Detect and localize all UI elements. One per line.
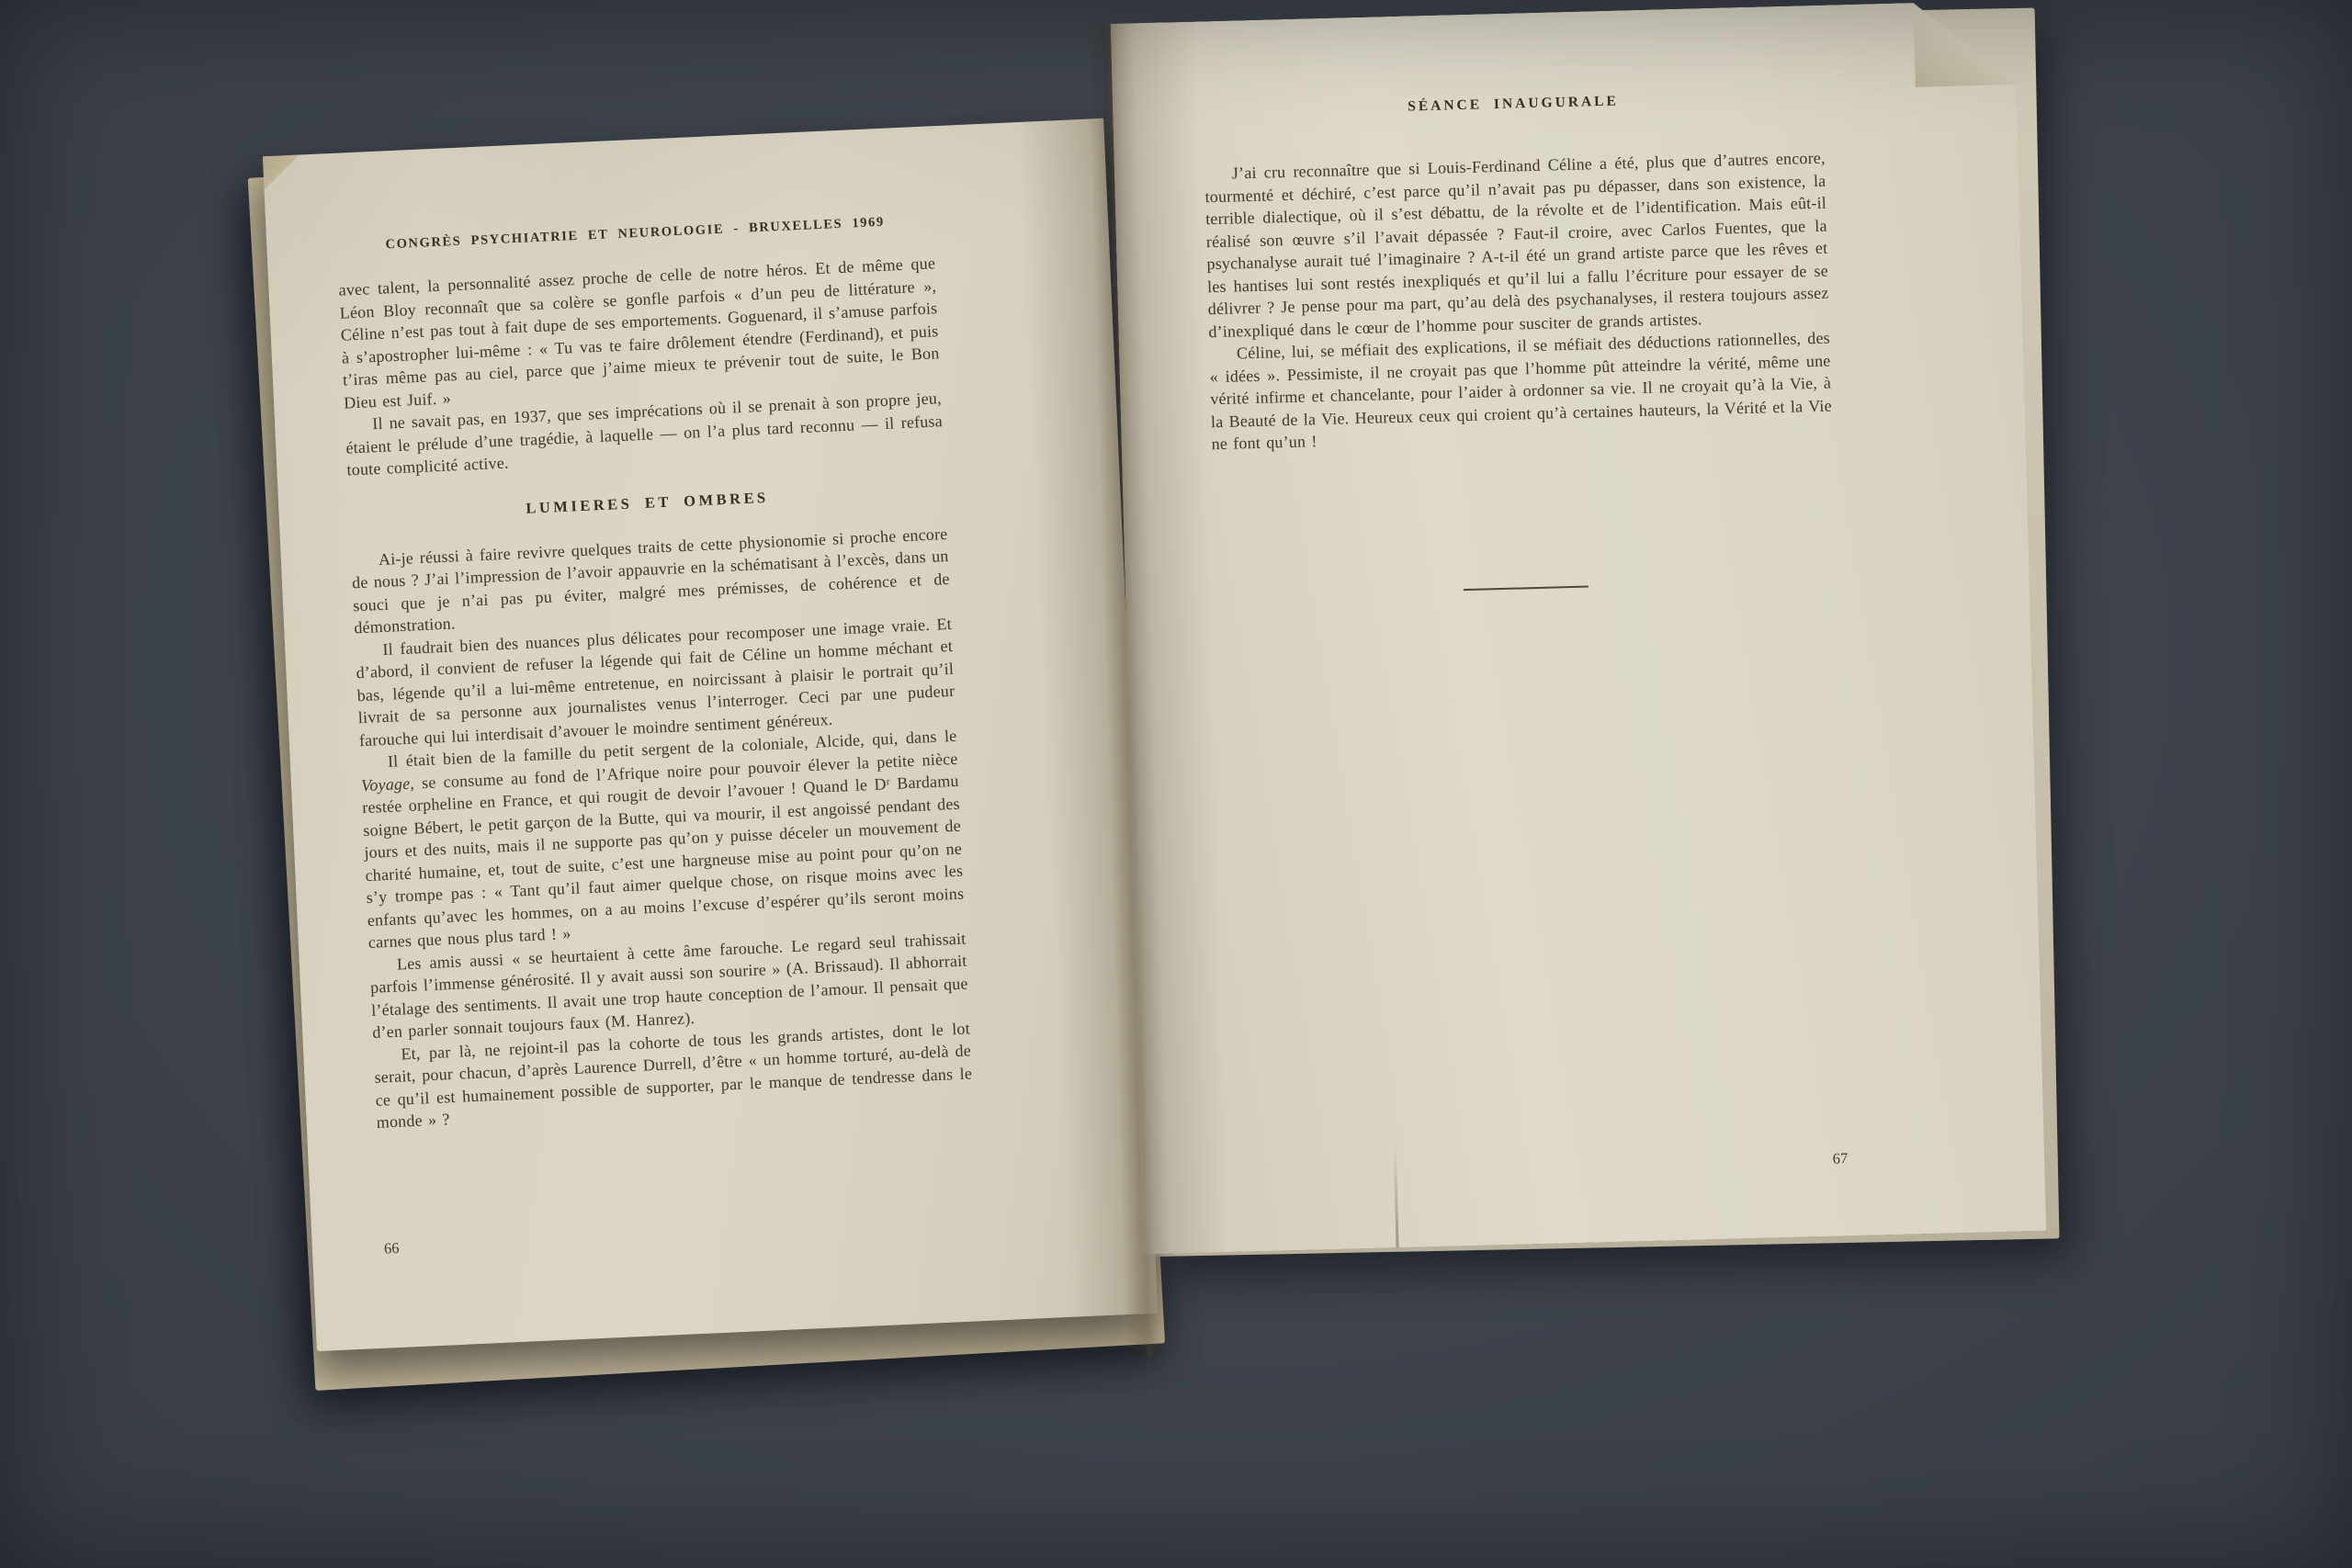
dog-ear-corner <box>263 155 301 190</box>
right-page-number: 67 <box>1832 1149 1848 1168</box>
section-heading: LUMIERES ET OMBRES <box>348 480 945 525</box>
left-page-content: CONGRÈS PSYCHIATRIE ET NEUROLOGIE - BRUX… <box>336 212 974 1134</box>
right-paragraphs: J’ai cru reconnaître que si Louis-Ferdin… <box>1204 147 1833 456</box>
left-page: CONGRÈS PSYCHIATRIE ET NEUROLOGIE - BRUX… <box>263 118 1158 1351</box>
section-end-rule <box>1464 585 1589 591</box>
paper-crease <box>1394 1142 1399 1247</box>
paragraph: Il était bien de la famille du petit ser… <box>359 725 965 954</box>
right-page: SÉANCE INAUGURALE J’ai cru reconnaître q… <box>1111 0 2047 1254</box>
paragraph: Céline, lui, se méfiait des explications… <box>1209 327 1833 456</box>
paragraph: avec talent, la personnalité assez proch… <box>338 252 941 413</box>
paragraph: J’ai cru reconnaître que si Louis-Ferdin… <box>1204 147 1830 344</box>
left-section-paragraphs: Ai-je réussi à faire revivre quelques tr… <box>350 522 973 1134</box>
left-intro-paragraphs: avec talent, la personnalité assez proch… <box>338 252 944 481</box>
left-page-number: 66 <box>384 1239 400 1258</box>
left-running-header: CONGRÈS PSYCHIATRIE ET NEUROLOGIE - BRUX… <box>336 212 933 254</box>
open-booklet: CONGRÈS PSYCHIATRIE ET NEUROLOGIE - BRUX… <box>255 0 2086 1403</box>
right-page-content: SÉANCE INAUGURALE J’ai cru reconnaître q… <box>1203 88 1837 597</box>
right-running-header: SÉANCE INAUGURALE <box>1203 88 1824 121</box>
